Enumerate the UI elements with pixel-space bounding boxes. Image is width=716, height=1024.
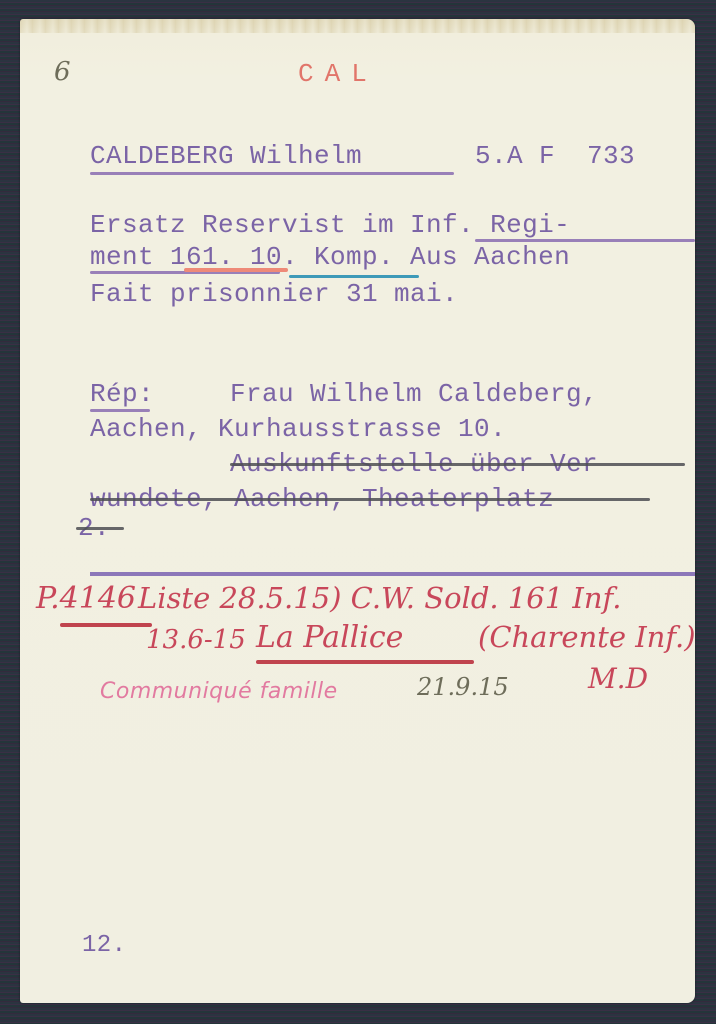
handwritten-date: 13.6-15 <box>146 627 246 653</box>
strike-2 <box>90 498 650 501</box>
reference-code: 5.A F 733 <box>475 143 635 169</box>
handwritten-ref: P.4146 <box>36 584 136 614</box>
header-code: CAL <box>298 59 378 89</box>
reply-line-2: Aachen, Kurhausstrasse 10. <box>90 416 506 442</box>
reply-line-1: Frau Wilhelm Caldeberg, <box>230 381 598 407</box>
strike-3 <box>76 527 124 530</box>
stamp-date: 21.9.15 <box>417 673 509 701</box>
description-line-1: Ersatz Reservist im Inf. Regi- <box>90 212 570 238</box>
handwritten-place: La Pallice <box>256 623 403 653</box>
description-line-2: ment 161. 10. Komp. Aus Aachen <box>90 244 570 270</box>
strike-1 <box>230 463 685 466</box>
place-underline <box>256 660 474 664</box>
ref-underline <box>60 623 152 627</box>
handwritten-line-1: Liste 28.5.15) C.W. Sold. 161 Inf. <box>138 584 621 613</box>
record-card: 6 CAL CALDEBERG Wilhelm 5.A F 733 Ersatz… <box>20 19 695 1003</box>
person-name: CALDEBERG Wilhelm <box>90 143 362 169</box>
company-underline <box>289 275 419 278</box>
name-underline <box>90 172 454 175</box>
purple-rule <box>90 572 695 576</box>
communique-stamp: Communiqué famille <box>100 679 338 704</box>
reply-label: Rép: <box>90 381 154 407</box>
initials: M.D <box>588 665 648 693</box>
handwritten-region: (Charente Inf.) <box>478 623 696 652</box>
description-line-3: Fait prisonnier 31 mai. <box>90 281 458 307</box>
corner-mark: 6 <box>54 57 71 87</box>
regiment-number-underline <box>184 268 288 272</box>
card-number: 12. <box>82 934 126 958</box>
reply-label-underline <box>90 409 150 412</box>
